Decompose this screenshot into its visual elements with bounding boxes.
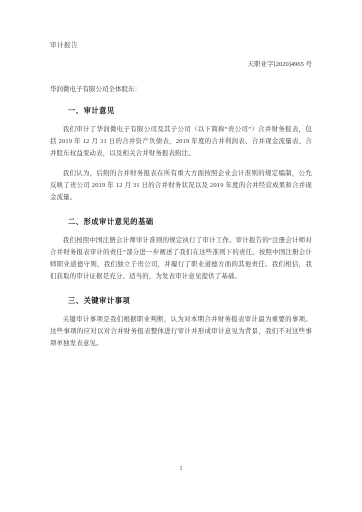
page-number: 1 — [0, 466, 362, 472]
paragraph-key-audit-matters: 关键审计事项是我们根据职业判断，认为对本期合并财务报表审计最为重要的事项。这些事… — [50, 314, 312, 350]
paragraph-audit-opinion-scope: 我们审计了华润微电子有限公司及其子公司（以下简称“贵公司”）合并财务报表，包括 … — [50, 124, 312, 160]
report-reference-number: 天职业字[2020]4965 号 — [50, 59, 312, 68]
paragraph-basis-for-opinion: 我们按照中国注册会计师审计准则的规定执行了审计工作。审计报告的“注册会计师对合并… — [50, 235, 312, 283]
paragraph-audit-opinion-statement: 我们认为，后附的合并财务报表在所有重大方面按照企业会计准则的规定编制，公允反映了… — [50, 168, 312, 204]
addressee-line: 华润微电子有限公司全体股东： — [50, 84, 312, 93]
document-type-label: 审计报告 — [50, 40, 312, 49]
page-content: 审计报告 天职业字[2020]4965 号 华润微电子有限公司全体股东： 一、审… — [50, 40, 312, 350]
section-heading-audit-opinion: 一、审计意见 — [68, 106, 312, 116]
section-heading-key-audit-matters: 三、关键审计事项 — [68, 296, 312, 306]
audit-report-page: 审计报告 天职业字[2020]4965 号 华润微电子有限公司全体股东： 一、审… — [0, 0, 362, 512]
section-heading-basis-for-opinion: 二、形成审计意见的基础 — [68, 217, 312, 227]
